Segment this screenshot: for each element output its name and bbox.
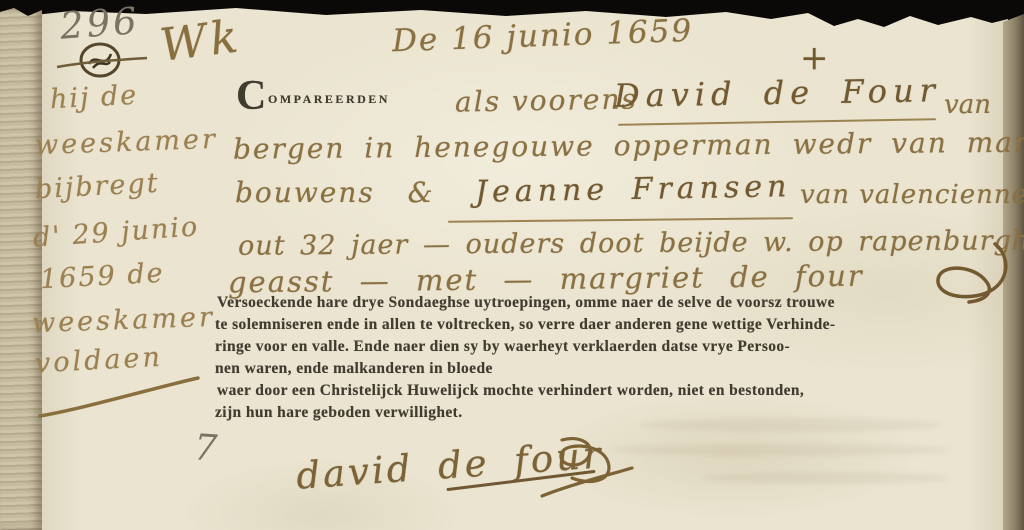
- entry-line3-post: van valencienne: [800, 180, 1024, 210]
- margin-note-line: hij de: [49, 80, 139, 116]
- entry-end-flourish: [925, 240, 1015, 305]
- cross-mark: +: [800, 38, 829, 78]
- groom-name: David de Four: [614, 71, 942, 115]
- verso-bleedthrough: [640, 418, 940, 432]
- formula-line: nen waren, ende malkanderen in bloede: [215, 360, 493, 378]
- entry-line1-pre: als voorens: [455, 82, 638, 118]
- entry-line1-post: van: [944, 90, 991, 120]
- formula-line: waer door een Christelijck Huwelijck moc…: [217, 382, 804, 400]
- margin-note-line: weeskamer: [32, 302, 216, 339]
- opening-word-rest: ompareerden: [268, 88, 390, 108]
- formula-line: zijn hun hare geboden verwillighet.: [215, 404, 463, 422]
- entry-line2: bergen in henegouwe opperman wedr van ma…: [233, 125, 1024, 165]
- book-fore-edge: [0, 6, 42, 530]
- formula-line: ringe voor en valle. Ende naer dien sy b…: [215, 338, 790, 356]
- verso-bleedthrough: [610, 444, 950, 456]
- margin-note-line: bijbregt: [34, 168, 160, 205]
- formula-line: Versoeckende hare drye Sondaeghse uytroe…: [217, 294, 835, 312]
- verso-bleedthrough: [700, 472, 950, 484]
- opening-word-initial: C: [236, 72, 267, 120]
- signature-paraph: [532, 434, 637, 519]
- entry-line4: out 32 jaer — ouders doot beijde w. op r…: [238, 225, 1024, 262]
- scanned-register-page: 296 Wk De 16 junio 1659 + hij de weeskam…: [0, 0, 1024, 530]
- margin-note-line: weeskamer: [35, 124, 219, 161]
- margin-underline-flourish: [36, 372, 206, 422]
- bride-name: Jeanne Fransen: [475, 169, 792, 210]
- clerk-check-mark: Wk: [157, 9, 244, 72]
- margin-note-line: 1659 de: [39, 258, 165, 295]
- entry-line3-pre: bouwens &: [235, 176, 435, 209]
- pencil-number: 7: [193, 427, 219, 469]
- scribble-circle-mark: [55, 40, 165, 85]
- formula-line: te solemniseren ende in allen te voltrec…: [215, 316, 836, 334]
